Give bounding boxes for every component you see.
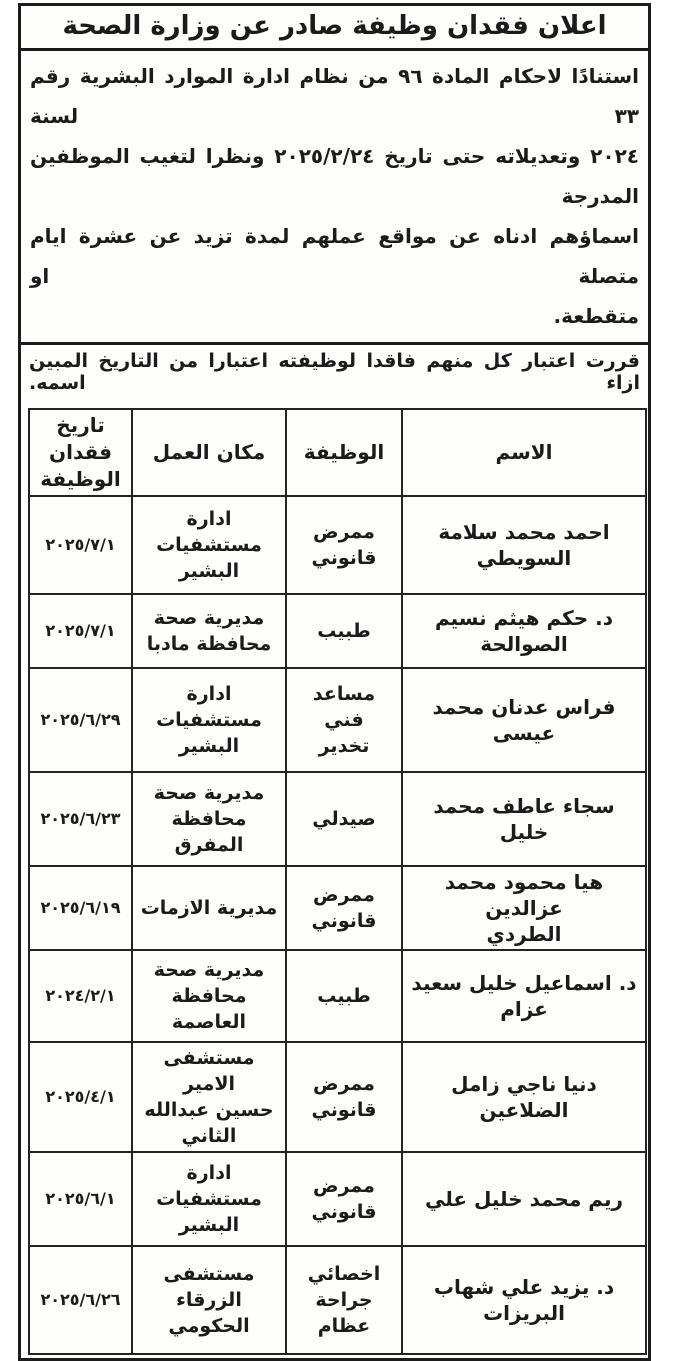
col-header-loss-date: تاريخ فقدان الوظيفة	[29, 409, 132, 496]
cell-job: ممرض قانوني	[286, 866, 402, 950]
cell-name: هيا محمود محمد عزالدين الطردي	[402, 866, 646, 950]
cell-name: دنيا ناجي زامل الضلاعين	[402, 1042, 646, 1152]
decision-line: قررت اعتبار كل منهم فاقدا لوظيفته اعتبار…	[21, 342, 648, 400]
intro-paragraph: استنادًا لاحكام المادة ٩٦ من نظام ادارة …	[21, 51, 648, 342]
table-row: دنيا ناجي زامل الضلاعين ممرض قانوني مستش…	[29, 1042, 646, 1152]
cell-job: مساعد فني تخدير	[286, 668, 402, 772]
cell-loss-date: ٢٠٢٤/٢/١	[29, 950, 132, 1042]
intro-line: اسماؤهم ادناه عن مواقع عملهم لمدة تزيد ع…	[30, 216, 639, 296]
cell-workplace: مديرية الازمات	[132, 866, 286, 950]
cell-name: د. اسماعيل خليل سعيد عزام	[402, 950, 646, 1042]
cell-name: سجاء عاطف محمد خليل	[402, 772, 646, 866]
cell-name: فراس عدنان محمد عيسى	[402, 668, 646, 772]
cell-workplace: ادارة مستشفيات البشير	[132, 496, 286, 594]
cell-workplace: مستشفى الامير حسين عبدالله الثاني	[132, 1042, 286, 1152]
table-row: سجاء عاطف محمد خليل صيدلي مديرية صحة محا…	[29, 772, 646, 866]
announcement-title: اعلان فقدان وظيفة صادر عن وزارة الصحة	[21, 6, 648, 51]
cell-loss-date: ٢٠٢٥/٤/١	[29, 1042, 132, 1152]
table-row: ريم محمد خليل علي ممرض قانوني ادارة مستش…	[29, 1152, 646, 1202]
cell-workplace: مديرية صحة محافظة العاصمة	[132, 950, 286, 1042]
table-row: د. حكم هيثم نسيم الصوالحة طبيب مديرية صح…	[29, 594, 646, 668]
employees-table: الاسم الوظيفة مكان العمل تاريخ فقدان الو…	[28, 408, 647, 1202]
col-header-workplace: مكان العمل	[132, 409, 286, 496]
col-header-name: الاسم	[402, 409, 646, 496]
table-row: احمد محمد سلامة السويطي ممرض قانوني ادار…	[29, 496, 646, 594]
table-row: هيا محمود محمد عزالدين الطردي ممرض قانون…	[29, 866, 646, 950]
cell-loss-date: ٢٠٢٥/٦/٢٣	[29, 772, 132, 866]
cell-loss-date: ٢٠٢٥/٧/١	[29, 496, 132, 594]
cell-name: احمد محمد سلامة السويطي	[402, 496, 646, 594]
table-row: فراس عدنان محمد عيسى مساعد فني تخدير ادا…	[29, 668, 646, 772]
cell-loss-date: ٢٠٢٥/٦/١	[29, 1152, 132, 1202]
cell-job: ممرض قانوني	[286, 496, 402, 594]
cell-workplace: ادارة مستشفيات البشير	[132, 1152, 286, 1202]
cell-job: طبيب	[286, 950, 402, 1042]
cell-loss-date: ٢٠٢٥/٦/١٩	[29, 866, 132, 950]
intro-line: ٢٠٢٤ وتعديلاته حتى تاريخ ٢٠٢٥/٢/٢٤ ونظرا…	[30, 136, 639, 216]
intro-line: متقطعة.	[30, 296, 639, 336]
cell-job: ممرض قانوني	[286, 1042, 402, 1152]
cell-name: د. حكم هيثم نسيم الصوالحة	[402, 594, 646, 668]
cell-name: ريم محمد خليل علي	[402, 1152, 646, 1202]
cell-loss-date: ٢٠٢٥/٦/٢٩	[29, 668, 132, 772]
cell-job: ممرض قانوني	[286, 1152, 402, 1202]
col-header-job: الوظيفة	[286, 409, 402, 496]
cell-job: صيدلي	[286, 772, 402, 866]
cell-workplace: مديرية صحة محافظة المفرق	[132, 772, 286, 866]
cell-loss-date: ٢٠٢٥/٧/١	[29, 594, 132, 668]
intro-line: استنادًا لاحكام المادة ٩٦ من نظام ادارة …	[30, 56, 639, 136]
announcement-document: اعلان فقدان وظيفة صادر عن وزارة الصحة اس…	[18, 3, 651, 1202]
cell-workplace: ادارة مستشفيات البشير	[132, 668, 286, 772]
cell-workplace: مديرية صحة محافظة مادبا	[132, 594, 286, 668]
table-row: د. اسماعيل خليل سعيد عزام طبيب مديرية صح…	[29, 950, 646, 1042]
table-header-row: الاسم الوظيفة مكان العمل تاريخ فقدان الو…	[29, 409, 646, 496]
cell-job: طبيب	[286, 594, 402, 668]
